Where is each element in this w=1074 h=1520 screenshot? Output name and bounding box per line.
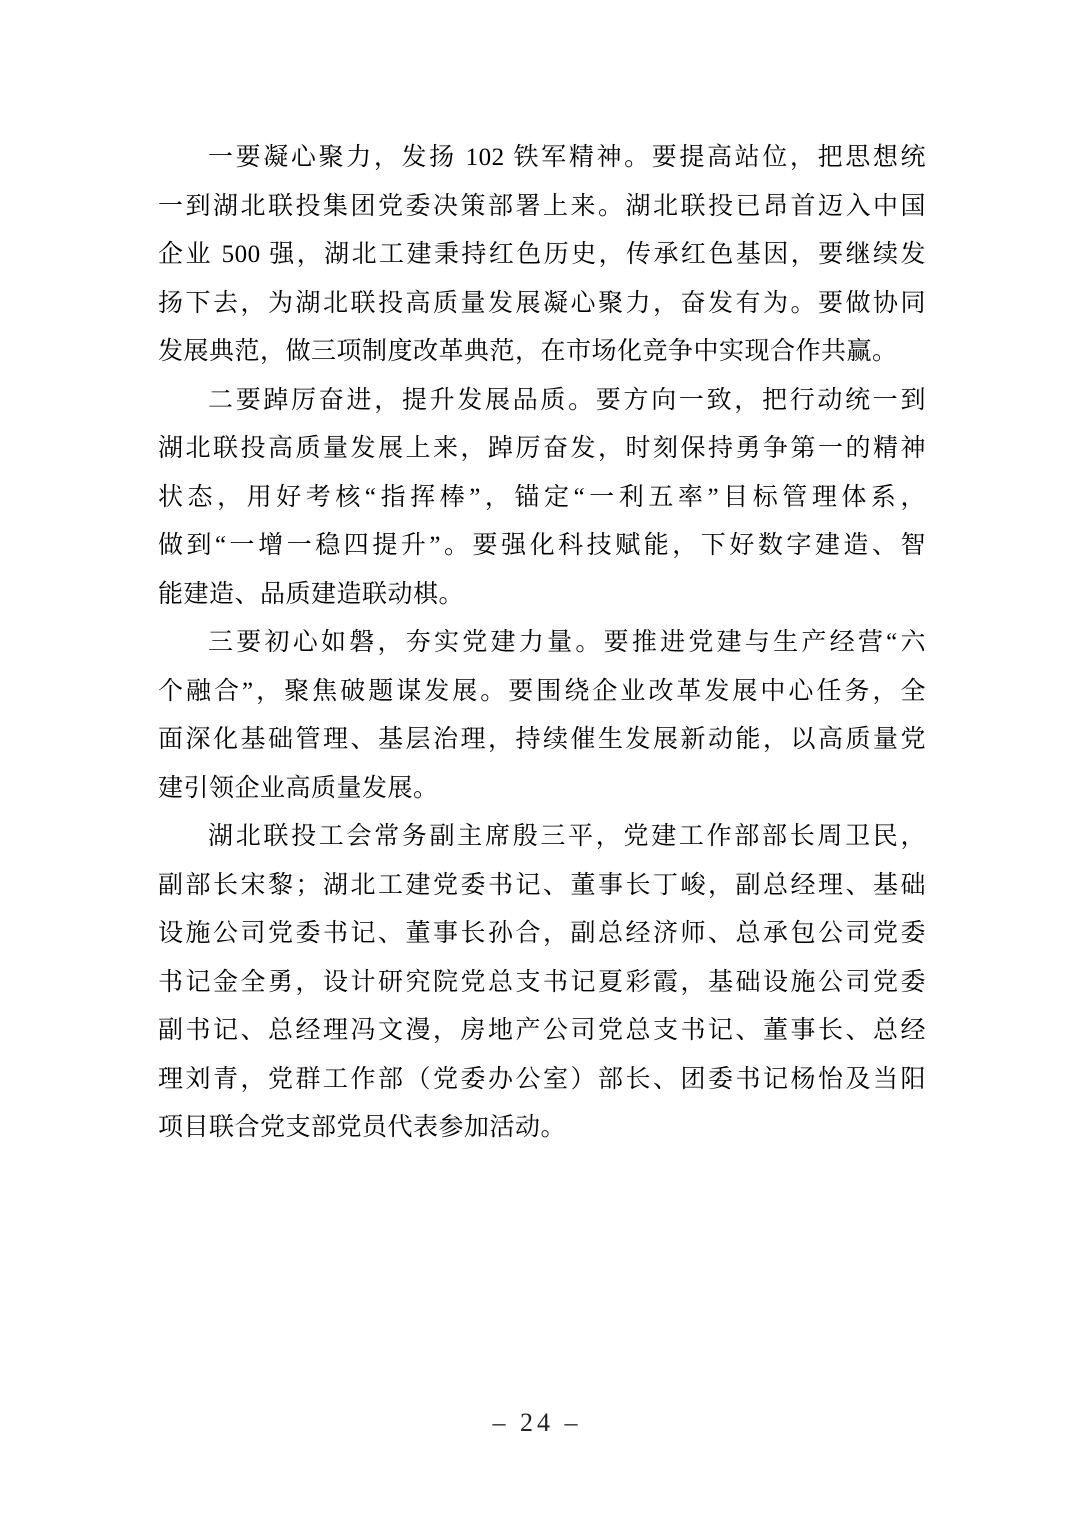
page-number: – 24 – <box>493 1408 582 1437</box>
document-body: 一要凝心聚力，发扬 102 铁军精神。要提高站位，把思想统一到湖北联投集团党委决… <box>158 134 926 1153</box>
text-line: 湖北联投工会常务副主席殷三平，党建工作部部长周卫民， <box>158 813 926 862</box>
text-line: 一要凝心聚力，发扬 102 铁军精神。要提高站位，把思想统 <box>158 134 926 183</box>
text-line: 个融合”，聚焦破题谋发展。要围绕企业改革发展中心任务，全 <box>158 668 926 717</box>
text-line: 副部长宋黎；湖北工建党委书记、董事长丁峻，副总经理、基础 <box>158 862 926 911</box>
page-footer: – 24 – <box>0 1405 1074 1441</box>
text-line: 能建造、品质建造联动棋。 <box>158 571 926 620</box>
paragraph: 三要初心如磐，夯实党建力量。要推进党建与生产经营“六个融合”，聚焦破题谋发展。要… <box>158 619 926 813</box>
text-line: 项目联合党支部党员代表参加活动。 <box>158 1104 926 1153</box>
text-line: 企业 500 强，湖北工建秉持红色历史，传承红色基因，要继续发 <box>158 231 926 280</box>
document-page: 一要凝心聚力，发扬 102 铁军精神。要提高站位，把思想统一到湖北联投集团党委决… <box>0 0 1074 1520</box>
text-line: 扬下去，为湖北联投高质量发展凝心聚力，奋发有为。要做协同 <box>158 280 926 329</box>
text-line: 三要初心如磐，夯实党建力量。要推进党建与生产经营“六 <box>158 619 926 668</box>
text-line: 建引领企业高质量发展。 <box>158 765 926 814</box>
text-line: 湖北联投高质量发展上来，踔厉奋发，时刻保持勇争第一的精神 <box>158 425 926 474</box>
text-line: 发展典范，做三项制度改革典范，在市场化竞争中实现合作共赢。 <box>158 328 926 377</box>
text-line: 状态，用好考核“指挥棒”，锚定“一利五率”目标管理体系， <box>158 474 926 523</box>
paragraph: 二要踔厉奋进，提升发展品质。要方向一致，把行动统一到湖北联投高质量发展上来，踔厉… <box>158 377 926 620</box>
text-line: 理刘青，党群工作部（党委办公室）部长、团委书记杨怡及当阳 <box>158 1056 926 1105</box>
text-line: 设施公司党委书记、董事长孙合，副总经济师、总承包公司党委 <box>158 910 926 959</box>
text-line: 面深化基础管理、基层治理，持续催生发展新动能，以高质量党 <box>158 716 926 765</box>
text-line: 书记金全勇，设计研究院党总支书记夏彩霞，基础设施公司党委 <box>158 959 926 1008</box>
text-line: 副书记、总经理冯文漫，房地产公司党总支书记、董事长、总经 <box>158 1007 926 1056</box>
text-line: 一到湖北联投集团党委决策部署上来。湖北联投已昂首迈入中国 <box>158 183 926 232</box>
text-line: 二要踔厉奋进，提升发展品质。要方向一致，把行动统一到 <box>158 377 926 426</box>
paragraph: 一要凝心聚力，发扬 102 铁军精神。要提高站位，把思想统一到湖北联投集团党委决… <box>158 134 926 377</box>
paragraph: 湖北联投工会常务副主席殷三平，党建工作部部长周卫民，副部长宋黎；湖北工建党委书记… <box>158 813 926 1153</box>
text-line: 做到“一增一稳四提升”。要强化科技赋能，下好数字建造、智 <box>158 522 926 571</box>
